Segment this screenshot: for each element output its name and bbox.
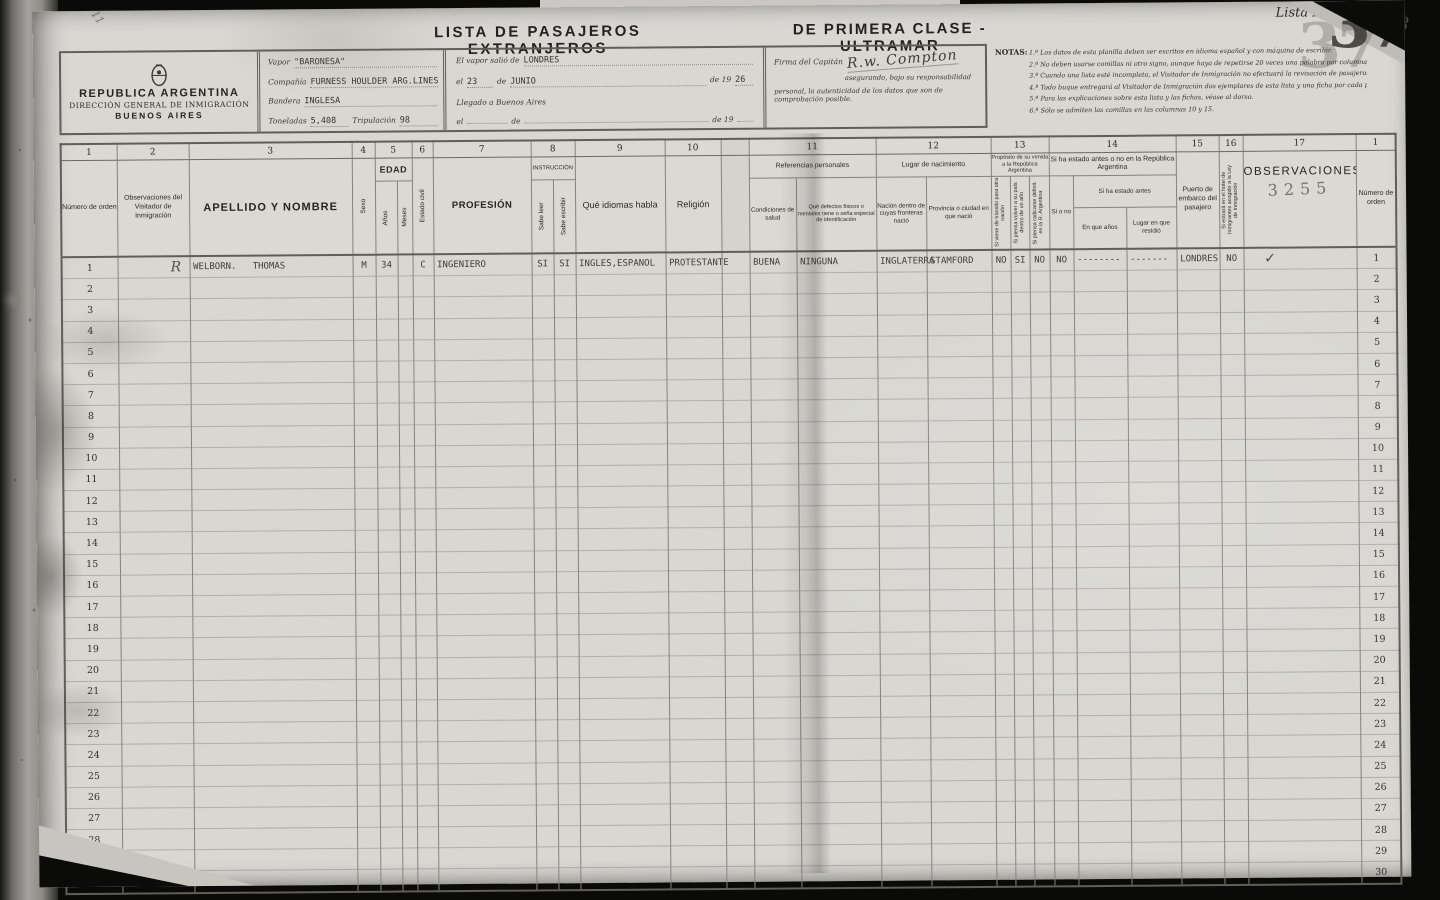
cell-gap [724, 612, 752, 633]
cell-orden-left: 6 [62, 363, 118, 385]
cell-anos [379, 700, 401, 721]
cell-orden-right: 21 [1360, 671, 1400, 693]
cell-sabe_leer [533, 487, 555, 508]
cell-orden-left: 23 [65, 723, 121, 745]
cell-orden-right: 29 [1361, 840, 1401, 862]
cell-puerto [1178, 376, 1221, 398]
cell-salud [751, 379, 798, 401]
cell-en_que_anos [1074, 334, 1127, 356]
cell-si_no [1052, 546, 1076, 567]
cell-p2 [1013, 526, 1032, 547]
cell-apellido [191, 446, 354, 468]
cell-nacion [877, 272, 927, 294]
cell-obs_mark [1246, 565, 1359, 587]
cell-anos [378, 530, 400, 551]
cell-apellido [192, 510, 355, 532]
cell-defectos [798, 484, 878, 506]
cell-obs_mark [1248, 777, 1361, 799]
cell-gap [725, 676, 753, 697]
cell-mark: R [118, 256, 190, 278]
cell-en_que_anos [1078, 864, 1131, 886]
cell-apellido [191, 383, 354, 405]
anio-value: 26 [735, 75, 753, 86]
cell-puerto [1180, 715, 1223, 737]
cell-estado_civil [416, 721, 437, 742]
cell-sabe_escribir [558, 868, 580, 890]
cell-idiomas [580, 761, 670, 783]
cell-gap [722, 358, 750, 379]
cell-mark [119, 469, 191, 491]
cell-meses [399, 424, 414, 445]
cell-estado_civil [417, 848, 438, 869]
cell-sabe_escribir [555, 381, 577, 402]
cell-salud [752, 612, 799, 634]
cell-obs_mark [1246, 502, 1359, 524]
cell-orden-right: 19 [1360, 629, 1400, 651]
cell-nacion [879, 526, 929, 548]
cell-orden-right: 20 [1360, 650, 1400, 672]
cell-anos [379, 679, 401, 700]
cell-p2 [1014, 653, 1033, 674]
cell-sabe_leer [535, 741, 557, 762]
cell-apellido [193, 658, 356, 680]
cell-hotel [1223, 630, 1247, 651]
cell-apellido [190, 277, 353, 299]
cell-meses [402, 848, 417, 869]
cell-meses [400, 509, 415, 530]
colnum-2: 2 [117, 143, 189, 160]
cell-mark [118, 278, 190, 300]
cell-salud [754, 866, 801, 888]
cell-sexo [354, 382, 377, 403]
cell-anos [380, 827, 402, 848]
cell-sexo [357, 848, 380, 869]
cell-p3 [1034, 843, 1054, 864]
cell-profesion [436, 614, 534, 636]
cell-obs_mark [1245, 481, 1358, 503]
cell-mark [121, 638, 193, 660]
cell-obs_mark [1246, 544, 1359, 566]
cell-meses [399, 488, 414, 509]
header-estado-antes: Si ha estado antes o no en la República … [1049, 152, 1176, 176]
cell-p1 [993, 399, 1012, 420]
coat-of-arms-icon [149, 64, 169, 86]
header-boxes: REPUBLICA ARGENTINA DIRECCIÓN GENERAL DE… [59, 44, 988, 135]
cell-nacion [878, 420, 928, 442]
cell-sabe_leer [533, 466, 555, 487]
cell-salud [754, 782, 801, 804]
cell-sabe_escribir [558, 762, 580, 783]
cell-p3 [1030, 271, 1050, 292]
cell-p2 [1011, 356, 1030, 377]
cell-p3 [1031, 377, 1051, 398]
cell-estado_civil [413, 340, 434, 361]
toneladas-value: 5,408 [311, 116, 349, 127]
cell-p2 [1013, 504, 1032, 525]
cell-provincia [928, 441, 993, 463]
cell-sexo [355, 594, 378, 615]
cell-sabe_escribir [556, 529, 578, 550]
cell-religion [670, 867, 726, 889]
cell-lugar_residio [1130, 651, 1180, 673]
cell-anos [379, 742, 401, 763]
cell-meses [399, 467, 414, 488]
cell-en_que_anos [1075, 482, 1128, 504]
cell-sabe_escribir [556, 508, 578, 529]
colnum-9: 9 [575, 139, 665, 156]
cell-anos [376, 361, 398, 382]
cell-p2 [1011, 292, 1030, 313]
cell-gap [724, 591, 752, 612]
cell-obs_mark [1246, 523, 1359, 545]
cell-sabe_leer [536, 762, 558, 783]
colnum-8: 8 [531, 140, 575, 157]
toneladas-label: Toneladas [268, 116, 306, 125]
cell-en_que_anos: -------- [1074, 249, 1127, 271]
cell-orden-left: 18 [64, 617, 120, 639]
cell-puerto [1177, 312, 1220, 334]
cell-sabe_escribir [555, 487, 577, 508]
cell-si_no [1050, 334, 1074, 355]
cell-sabe_leer [536, 826, 558, 847]
cell-anos [379, 636, 401, 657]
passenger-table: 1 2 3 4 5 6 7 8 9 10 11 12 13 1 [60, 133, 1403, 895]
cell-sabe_escribir [557, 699, 579, 720]
cell-en_que_anos [1077, 694, 1130, 716]
dia-label: el [456, 77, 463, 86]
cell-salud [754, 803, 801, 825]
cell-lugar_residio [1128, 397, 1178, 419]
cell-p3 [1031, 419, 1051, 440]
cell-sabe_leer: SI [532, 253, 554, 275]
cell-p1 [993, 377, 1012, 398]
cell-p1 [996, 801, 1015, 822]
cell-mark [119, 405, 191, 427]
cell-hotel [1222, 566, 1246, 587]
org-department: DIRECCIÓN GENERAL DE INMIGRACIÓN [69, 100, 249, 110]
cell-orden-left: 7 [63, 384, 119, 406]
cell-hotel [1223, 715, 1247, 736]
ship-box: Vapor"BARONESA" CompañíaFURNESS HOULDER … [257, 50, 444, 131]
cell-apellido [192, 616, 355, 638]
cell-gap [722, 273, 750, 294]
cell-en_que_anos [1075, 398, 1128, 420]
cell-p2 [1014, 737, 1033, 758]
cell-anos [380, 806, 402, 827]
cell-salud [753, 654, 800, 676]
cell-hotel [1223, 651, 1247, 672]
cell-profesion [434, 360, 532, 382]
cell-gap [726, 824, 754, 845]
cell-p1 [995, 738, 1014, 759]
cell-puerto [1179, 609, 1222, 631]
issuer-box: REPUBLICA ARGENTINA DIRECCIÓN GENERAL DE… [61, 52, 258, 134]
cell-meses [400, 594, 415, 615]
cell-religion [666, 295, 722, 317]
cell-si_no [1052, 525, 1076, 546]
cell-anos [378, 615, 400, 636]
cell-gap [725, 655, 753, 676]
compania-value: FURNESS HOULDER ARG.LINES [310, 76, 438, 88]
captain-box: Firma del Capitán R.w. Compton asegurand… [763, 46, 980, 128]
cell-religion [670, 782, 726, 804]
passenger-rows: 1RWELBORN. THOMASM34CINGENIEROSISIINGLES… [62, 247, 1402, 894]
cell-mark [120, 511, 192, 533]
cell-obs_mark [1244, 332, 1357, 354]
header-religion: Religión [665, 156, 722, 253]
cell-puerto [1178, 397, 1221, 419]
cell-provincia [927, 356, 992, 378]
cell-sabe_escribir: SI [554, 253, 576, 275]
captain-signature: R.w. Compton [846, 47, 958, 73]
cell-sabe_escribir [558, 783, 580, 804]
cell-si_no [1051, 462, 1075, 483]
cell-idiomas [578, 507, 668, 529]
cell-profesion [436, 551, 534, 573]
cell-salud [752, 506, 799, 528]
cell-si_no [1051, 377, 1075, 398]
nota-item: 6.ª Sólo se admiten las comillas en las … [1029, 102, 1367, 116]
cell-p2: SI [1011, 250, 1030, 272]
black-corner-bottom-left [39, 854, 189, 887]
cell-apellido: WELBORN. THOMAS [190, 255, 353, 278]
cell-estado_civil [416, 636, 437, 657]
cell-p1: NO [992, 250, 1011, 272]
cell-anos [377, 425, 399, 446]
cell-apellido [193, 700, 356, 722]
table-header: 1 2 3 4 5 6 7 8 9 10 11 12 13 1 [61, 134, 1397, 257]
cell-sexo [356, 721, 379, 742]
cell-sexo [357, 785, 380, 806]
cell-nacion [878, 399, 928, 421]
cell-obs_mark [1247, 714, 1360, 736]
cell-p3 [1034, 758, 1054, 779]
cell-provincia [929, 547, 994, 569]
cell-meses [398, 340, 413, 361]
cell-orden-left: 20 [65, 660, 121, 682]
cell-sabe_leer [532, 296, 554, 317]
cell-sabe_escribir [554, 317, 576, 338]
cell-religion [667, 401, 723, 423]
cell-sexo [353, 361, 376, 382]
cell-meses [398, 297, 413, 318]
cell-provincia [930, 632, 995, 654]
cell-provincia [927, 272, 992, 294]
cell-idiomas [576, 338, 666, 360]
cell-si_no [1051, 440, 1075, 461]
cell-sabe_escribir [555, 423, 577, 444]
cell-estado_civil [416, 742, 437, 763]
mes-prefix: de [497, 77, 506, 86]
cell-lugar_residio [1127, 270, 1177, 292]
cell-p1 [994, 589, 1013, 610]
header-hotel-inmigrantes: Si entrará en el hotel de Inmigrantes ac… [1219, 151, 1244, 248]
cell-orden-right: 28 [1361, 819, 1401, 841]
cell-defectos [801, 760, 881, 782]
cell-p1 [994, 568, 1013, 589]
cell-provincia [928, 483, 993, 505]
cell-salud [750, 315, 797, 337]
cell-si_no [1054, 864, 1078, 886]
cell-p1 [992, 335, 1011, 356]
cell-p3 [1030, 356, 1050, 377]
cell-lugar_residio [1129, 503, 1179, 525]
cell-p1 [994, 547, 1013, 568]
cell-orden-left: 10 [63, 448, 119, 470]
cell-sexo [356, 637, 379, 658]
cell-provincia [929, 526, 994, 548]
llegado-label: Llegado a Buenos Aires [456, 97, 546, 107]
cell-si_no [1050, 313, 1074, 334]
cell-idiomas [579, 634, 669, 656]
bandera-label: Bandera [268, 97, 300, 106]
cell-estado_civil [414, 424, 435, 445]
cell-obs_mark [1247, 650, 1360, 672]
cell-idiomas [576, 274, 666, 296]
cell-si_no [1053, 673, 1077, 694]
cell-anos [377, 403, 399, 424]
cell-estado_civil [414, 467, 435, 488]
colnum-5: 5 [375, 141, 412, 158]
cell-en_que_anos [1076, 609, 1129, 631]
margin-scribble: 11 [88, 8, 107, 27]
cell-sexo [353, 298, 376, 319]
cell-mark [120, 574, 192, 596]
cell-idiomas [577, 380, 667, 402]
cell-lugar_residio [1131, 863, 1181, 885]
cell-obs_mark [1247, 671, 1360, 693]
cell-provincia [931, 822, 996, 844]
cell-estado_civil [415, 594, 436, 615]
cell-obs_mark [1246, 586, 1359, 608]
cell-obs_mark: ✓ [1244, 247, 1357, 270]
cell-gap [726, 867, 754, 889]
cell-apellido [192, 531, 355, 553]
cell-profesion [435, 423, 533, 445]
cell-mark [119, 384, 191, 406]
cell-religion [666, 337, 722, 359]
cell-estado_civil [417, 784, 438, 805]
cell-puerto [1179, 545, 1222, 567]
cell-anos: 34 [376, 255, 398, 277]
cell-meses [400, 573, 415, 594]
cell-si_no [1052, 568, 1076, 589]
cell-estado_civil [414, 403, 435, 424]
cell-apellido [192, 573, 355, 595]
scanned-page-scene: 11 LISTA DE PASAJEROS EXTRANJEROS DE PRI… [0, 0, 1440, 900]
cell-sabe_escribir [557, 720, 579, 741]
cell-profesion [434, 275, 532, 297]
cell-p2 [1011, 335, 1030, 356]
cell-estado_civil [415, 530, 436, 551]
cell-orden-right: 7 [1358, 374, 1398, 396]
cell-sabe_leer [535, 678, 557, 699]
cell-hotel [1224, 820, 1248, 841]
cell-obs_mark [1248, 862, 1361, 885]
cell-salud [752, 570, 799, 592]
cell-sexo [355, 573, 378, 594]
cell-sabe_leer [532, 275, 554, 296]
cell-orden-right: 3 [1357, 290, 1397, 312]
cell-sabe_escribir [554, 360, 576, 381]
cell-profesion [438, 762, 536, 784]
colnum-10: 10 [665, 139, 721, 156]
cell-salud [751, 421, 798, 443]
captain-line2: asegurando, bajo su responsabilidad [774, 73, 971, 83]
cell-orden-right: 10 [1358, 438, 1398, 460]
cell-mark [120, 617, 192, 639]
cell-obs_mark [1244, 290, 1357, 312]
cell-orden-left: 15 [64, 554, 120, 576]
cell-mark [121, 744, 193, 766]
cell-nacion [880, 717, 930, 739]
cell-anos [379, 658, 401, 679]
cell-gap [724, 570, 752, 591]
cell-anos [378, 594, 400, 615]
cell-p1 [992, 356, 1011, 377]
cell-orden-right: 23 [1360, 713, 1400, 735]
cell-apellido [191, 488, 354, 510]
cell-en_que_anos [1075, 376, 1128, 398]
cell-orden-left: 3 [62, 300, 118, 322]
cell-anos [376, 319, 398, 340]
cell-meses [402, 785, 417, 806]
cell-provincia [931, 844, 996, 866]
tripulacion-label: Tripulación [352, 116, 396, 125]
cell-salud [751, 443, 798, 465]
header-en-que-anos: En que años [1073, 207, 1126, 249]
cell-p1 [996, 780, 1015, 801]
cell-religion [667, 464, 723, 486]
cell-orden-left: 1 [62, 257, 118, 279]
cell-p2 [1012, 420, 1031, 441]
cell-apellido [190, 340, 353, 362]
cell-anos [377, 467, 399, 488]
cell-hotel [1222, 524, 1246, 545]
cell-religion [668, 613, 724, 635]
cell-sabe_leer [533, 402, 555, 423]
cell-si_no [1052, 610, 1076, 631]
header-edad: EDAD [375, 158, 412, 181]
colnum-7: 7 [433, 140, 531, 157]
salio-label: El vapor salió de [456, 56, 520, 65]
cell-gap [726, 761, 754, 782]
cell-sabe_leer [534, 529, 556, 550]
cell-en_que_anos [1075, 461, 1128, 483]
cell-meses [398, 318, 413, 339]
cell-profesion [434, 318, 532, 340]
cell-p3 [1033, 652, 1053, 673]
cell-sexo [357, 764, 380, 785]
cell-p1 [994, 610, 1013, 631]
cell-nacion [878, 463, 928, 485]
header-proposito-3: Si piensa radicarse definit. en la R. Ar… [1029, 176, 1050, 250]
cell-si_no [1054, 822, 1078, 843]
cell-p3 [1030, 313, 1050, 334]
cell-sabe_leer [532, 317, 554, 338]
cell-sabe_leer [534, 572, 556, 593]
cell-estado_civil [413, 318, 434, 339]
cell-orden-left: 9 [63, 427, 119, 449]
cell-defectos [798, 421, 878, 443]
cell-orden-left: 2 [62, 278, 118, 300]
cell-lugar_residio [1129, 588, 1179, 610]
cell-estado_civil [413, 297, 434, 318]
cell-defectos [797, 336, 877, 358]
cell-sabe_leer [532, 339, 554, 360]
cell-nacion [881, 802, 931, 824]
cell-orden-right: 9 [1358, 417, 1398, 439]
